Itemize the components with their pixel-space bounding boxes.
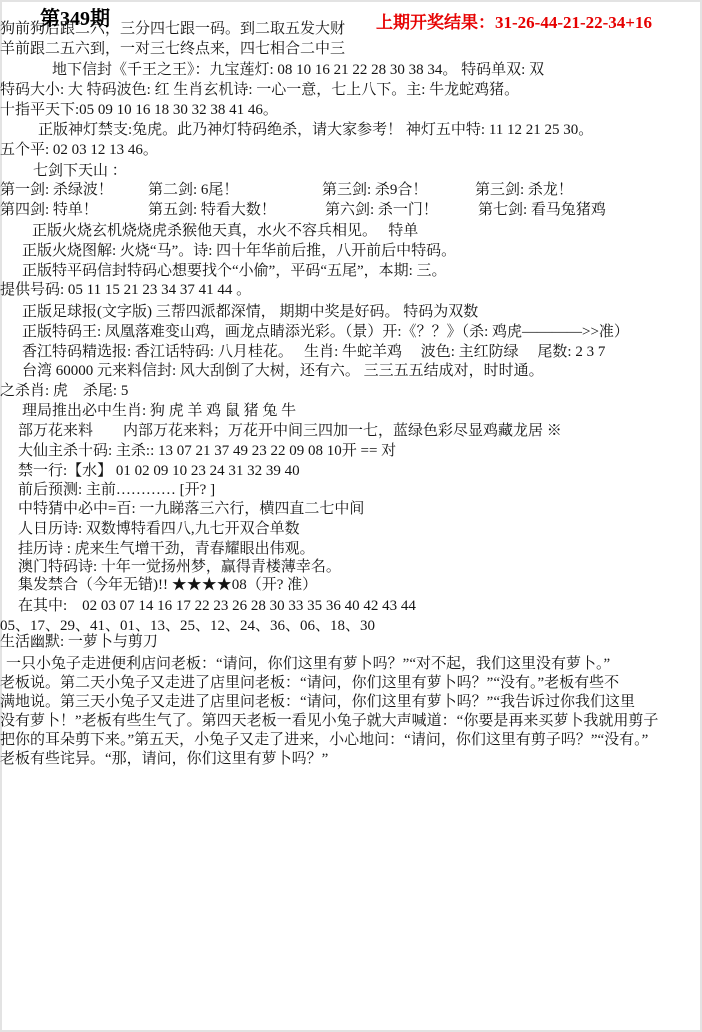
qijian-6: 第六剑: 杀一门！ xyxy=(325,201,438,220)
qijian-3: 第三剑: 杀9合！ xyxy=(322,181,427,200)
last-draw-result: 上期开奖结果：31-26-44-21-22-34+16 xyxy=(376,8,652,33)
renrili-shi-line: 人日历诗: 双数博特看四八,九七开双合单数 xyxy=(18,520,300,539)
zhasha-xiao-line: 之杀肖: 虎 杀尾: 5 xyxy=(0,382,128,401)
dixia-xinfeng-line: 地下信封《千王之王》：九宝莲灯: 08 10 16 21 22 28 30 38… xyxy=(52,61,544,80)
lottery-tip-sheet-page: 第349期 上期开奖结果：31-26-44-21-22-34+16 狗前狗后跟二… xyxy=(0,0,702,1032)
humor-story-line: 老板说。第二天小兔子又走进了店里问老板：“请问，你们这里有萝卜吗？”“没有。”老… xyxy=(0,674,619,693)
liju-shengxiao-line: 理局推出必中生肖: 狗 虎 羊 鸡 鼠 猪 兔 牛 xyxy=(22,402,296,421)
qijian-1: 第一剑: 杀绿波！ xyxy=(0,181,113,200)
daxian-zhusha-line: 大仙主杀十码: 主杀:: 13 07 21 37 49 23 22 09 08 … xyxy=(18,442,396,461)
humor-title: 生活幽默: 一萝卜与剪刀 xyxy=(0,633,158,652)
zodiac-poem-line-1: 狗前狗后跟二六，三分四七跟一码。到二取五发大财 xyxy=(0,20,345,39)
humor-story-line: 老板有些诧异。“那，请问，你们这里有萝卜吗？” xyxy=(0,750,328,769)
taiwan-xinfeng-line: 台湾 60000 元来料信封: 风大刮倒了大树，还有六。 三三五五结成对，时时通… xyxy=(22,362,544,381)
shendeng-jinzhi-line: 正版神灯禁支:兔虎。此乃神灯特码绝杀，请大家参考！ 神灯五中特: 11 12 2… xyxy=(38,121,593,140)
xiangjiang-line: 香江特码精选报: 香江话特码: 八月桂花。 生肖: 牛蛇羊鸡 波色: 主红防绿 … xyxy=(22,343,605,362)
qijian-7: 第七剑: 看马兔猪鸡 xyxy=(478,201,606,220)
jifa-jinhe-line: 集发禁合（今年无错)!! ★★★★08（开? 准） xyxy=(18,576,317,595)
shizhi-pingtianxia-line: 十指平天下:05 09 10 16 18 30 32 38 41 46。 xyxy=(0,101,278,120)
wanhua-right: 内部万花来料；万花开中间三四加一七，蓝绿色彩尽显鸡藏龙居 ※ xyxy=(123,422,562,441)
wugeping-line: 五个平: 02 03 12 13 46。 xyxy=(0,141,158,160)
tema-daxiao-line: 特码大小: 大 特码波色: 红 生肖玄机诗: 一心一意，七上八下。主: 牛龙蛇鸡… xyxy=(0,81,519,100)
temawang-line: 正版特码王: 凤凰落难变山鸡，画龙点睛添光彩。（景）开:《？？》（杀: 鸡虎——… xyxy=(22,323,629,342)
humor-story-line: 一只小兔子走进便利店问老板：“请问，你们这里有萝卜吗？”“对不起，我们这里没有萝… xyxy=(6,655,610,674)
zodiac-poem-line-2: 羊前跟二五六到，一对三七终点来，四七相合二中三 xyxy=(0,40,345,59)
zuqiubao-line: 正版足球报(文字版) 三帮四派都深情， 期期中奖是好码。 特码为双数 xyxy=(22,303,478,322)
humor-story-line: 没有萝卜！”老板有些生气了。第四天老板一看见小兔子就大声喊道：“你要是再来买萝卜… xyxy=(0,712,658,731)
aomen-temashi-line: 澳门特码诗: 十年一觉扬州梦，赢得青楼薄幸名。 xyxy=(18,558,341,577)
qijian-3b: 第三剑: 杀龙！ xyxy=(475,181,573,200)
qijian-4: 第四剑: 特单！ xyxy=(0,201,98,220)
zhongte-caizhong-line: 中特猜中必中=百: 一九睇落三六行，横四直二七中间 xyxy=(18,500,364,519)
wanhua-left: 部万花来料 xyxy=(18,422,93,441)
qijian-heading: 七剑下天山 ： xyxy=(33,162,127,181)
qianhou-yuce-line: 前后预测: 主前………… [开? ] xyxy=(18,481,215,500)
jinyihang-line: 禁一行:【水】 01 02 09 10 23 24 31 32 39 40 xyxy=(18,462,300,481)
qijian-2: 第二剑: 6尾！ xyxy=(148,181,238,200)
tigong-haoma-line: 提供号码: 05 11 15 21 23 34 37 41 44 。 xyxy=(0,281,251,300)
qijian-5: 第五剑: 特看大数！ xyxy=(148,201,276,220)
zaiqizhong-line: 在其中: 02 03 07 14 16 17 22 23 26 28 30 33… xyxy=(18,597,416,616)
huoshao-xuanji-line: 正版火烧玄机烧烧虎杀猴他天真，水火不容兵相见。 特单 xyxy=(32,222,418,241)
humor-story-line: 把你的耳朵剪下来。”第五天，小兔子又走了进来，小心地问：“请问，你们这里有剪子吗… xyxy=(0,731,648,750)
huoshao-tujie-line: 正版火烧图解: 火烧“马”。诗: 四十年华前后推，八开前后中特码。 xyxy=(22,242,456,261)
teping-xinfeng-line: 正版特平码信封特码心想要找个“小偷”，平码“五尾”，本期: 三。 xyxy=(22,262,447,281)
guali-shi-line: 挂历诗 : 虎来生气增干劲，青春耀眼出伟观。 xyxy=(18,540,315,559)
humor-story-line: 满地说。第三天小兔子又走进了店里问老板：“请问，你们这里有萝卜吗？”“我告诉过你… xyxy=(0,693,635,712)
